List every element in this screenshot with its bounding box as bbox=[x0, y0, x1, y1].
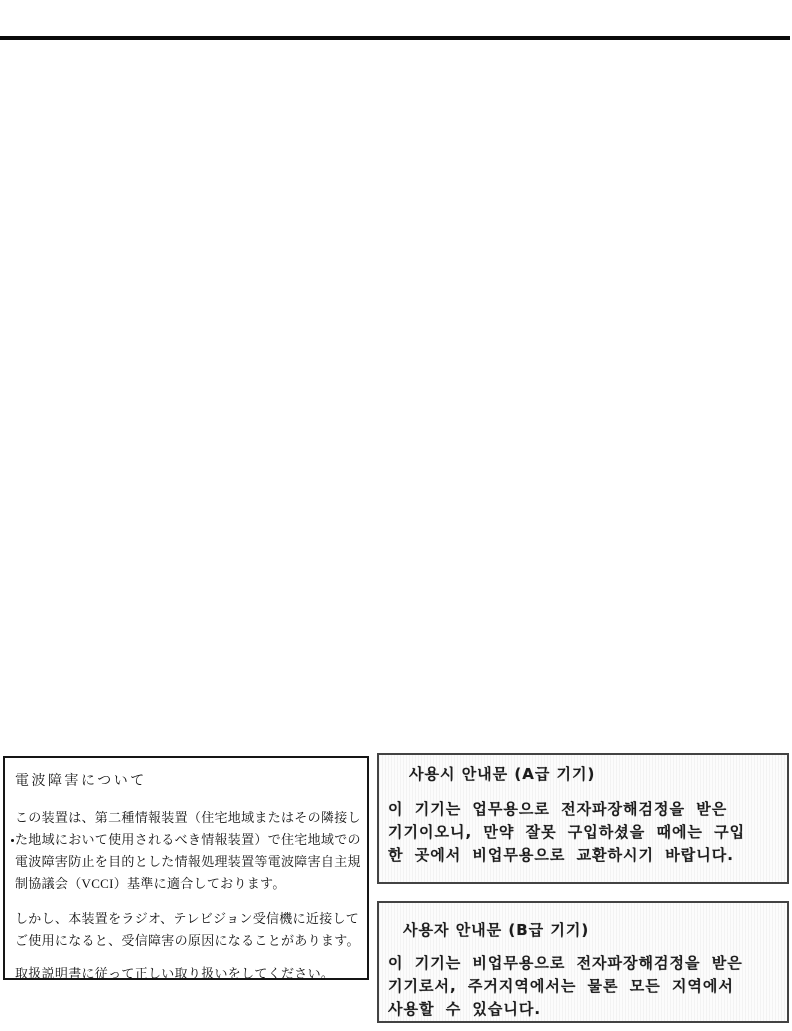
kr-text-line: 이 기기는 비업무용으로 전자파장해검정을 받은 bbox=[388, 952, 787, 975]
kr-class-a-title: 사용시 안내문 (A급 기기) bbox=[409, 763, 787, 784]
jp-text-line: しかし、本装置をラジオ、テレビジョン受信機に近接して bbox=[15, 908, 359, 930]
kr-text-line: 한 곳에서 비업무용으로 교환하시기 바랍니다. bbox=[388, 844, 787, 867]
kr-text-line: 이 기기는 업무용으로 전자파장해검정을 받은 bbox=[388, 798, 787, 821]
kr-text-line: 사용할 수 있습니다. bbox=[388, 998, 787, 1021]
jp-text-line: 取扱説明書に従って正しい取り扱いをしてください。 bbox=[15, 963, 359, 985]
kr-text-line: 기기이오니, 만약 잘못 구입하셨을 때에는 구입 bbox=[388, 821, 787, 844]
jp-notice-paragraph-1: この装置は、第二種情報装置（住宅地域またはその隣接し た地域において使用されるべ… bbox=[15, 807, 359, 895]
jp-text-line: 制協議会（VCCI）基準に適合しております。 bbox=[15, 873, 359, 895]
top-divider-rule bbox=[0, 36, 790, 40]
jp-text-line: た地域において使用されるべき情報装置）で住宅地域での bbox=[15, 829, 359, 851]
jp-text-line: 電波障害防止を目的とした情報処理装置等電波障害自主規 bbox=[15, 851, 359, 873]
kr-class-b-body: 이 기기는 비업무용으로 전자파장해검정을 받은 기기로서, 주거지역에서는 물… bbox=[388, 952, 787, 1021]
scan-dot-artifact bbox=[11, 839, 14, 842]
manual-notice-page: 電波障害について この装置は、第二種情報装置（住宅地域またはその隣接し た地域に… bbox=[0, 0, 792, 1031]
jp-notice-paragraph-2: しかし、本装置をラジオ、テレビジョン受信機に近接して ご使用になると、受信障害の… bbox=[15, 908, 359, 952]
kr-class-a-body: 이 기기는 업무용으로 전자파장해검정을 받은 기기이오니, 만약 잘못 구입하… bbox=[388, 798, 787, 867]
kr-class-b-title: 사용자 안내문 (B급 기기) bbox=[403, 919, 787, 940]
jp-radio-interference-notice-box: 電波障害について この装置は、第二種情報装置（住宅地域またはその隣接し た地域に… bbox=[3, 756, 369, 980]
jp-notice-title: 電波障害について bbox=[15, 770, 359, 790]
kr-text-line: 기기로서, 주거지역에서는 물론 모든 지역에서 bbox=[388, 975, 787, 998]
jp-notice-paragraph-3: 取扱説明書に従って正しい取り扱いをしてください。 bbox=[15, 963, 359, 985]
jp-text-line: ご使用になると、受信障害の原因になることがあります。 bbox=[15, 930, 359, 952]
kr-class-a-notice-box: 사용시 안내문 (A급 기기) 이 기기는 업무용으로 전자파장해검정을 받은 … bbox=[377, 753, 789, 884]
kr-class-b-notice-box: 사용자 안내문 (B급 기기) 이 기기는 비업무용으로 전자파장해검정을 받은… bbox=[377, 901, 789, 1023]
jp-text-line: この装置は、第二種情報装置（住宅地域またはその隣接し bbox=[15, 807, 359, 829]
